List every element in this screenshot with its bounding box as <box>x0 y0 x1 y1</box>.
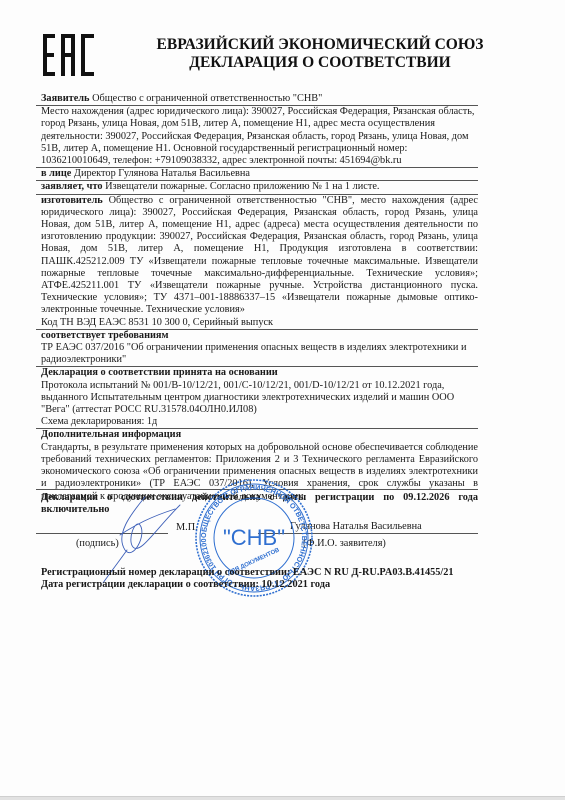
basis-value: Протокола испытаний № 001/В-10/12/21, 00… <box>41 380 478 417</box>
scheme-section: Схема декларирования: 1д <box>36 416 478 429</box>
applicant-details-section: Место нахождения (адрес юридического лиц… <box>36 106 478 168</box>
additional-info-label: Дополнительная информация <box>41 429 478 441</box>
basis-label: Декларация о соответствии принята на осн… <box>41 367 478 379</box>
manufacturer-value: Общество с ограниченной ответственностью… <box>41 195 478 316</box>
registration-number-label: Регистрационный номер декларации о соотв… <box>41 567 290 578</box>
declaration-title: ДЕКЛАРАЦИЯ О СООТВЕТСТВИИ <box>130 54 510 72</box>
product-code: Код ТН ВЭД ЕАЭС 8531 10 300 0, Серийный … <box>41 317 478 329</box>
manufacturer-section: изготовитель Общество с ограниченной отв… <box>36 195 478 317</box>
product-code-section: Код ТН ВЭД ЕАЭС 8531 10 300 0, Серийный … <box>36 317 478 330</box>
applicant-value: Общество с ограниченной ответственностью… <box>90 93 323 104</box>
requirements-value-section: ТР ЕАЭС 037/2016 "Об ограничении примене… <box>36 342 478 367</box>
page-bottom-edge <box>0 796 565 800</box>
represented-by-section: в лице Директор Гулянова Наталья Василье… <box>36 168 478 181</box>
registration-date: 10.12.2021 года <box>259 579 330 590</box>
applicant-label: Заявитель <box>41 93 90 104</box>
manufacturer-label: изготовитель <box>41 195 103 206</box>
basis-section: Декларация о соответствии принята на осн… <box>36 367 478 416</box>
represented-by-value: Директор Гулянова Наталья Васильевна <box>71 168 250 179</box>
applicant-details: Место нахождения (адрес юридического лиц… <box>41 106 478 167</box>
declares-section: заявляет, что Извещатели пожарные. Согла… <box>36 181 478 194</box>
represented-by-label: в лице <box>41 168 71 179</box>
requirements-label: соответствует требованиям <box>41 330 478 342</box>
requirements-section: соответствует требованиям <box>36 330 478 342</box>
declaration-body: Заявитель Общество с ограниченной ответс… <box>36 93 478 503</box>
validity-word: по <box>383 492 394 504</box>
document-header: ЕВРАЗИЙСКИЙ ЭКОНОМИЧЕСКИЙ СОЮЗ ДЕКЛАРАЦИ… <box>130 36 510 72</box>
seal-center-text: "СНВ" <box>223 525 285 550</box>
signatory-name-label: (Ф.И.О. заявителя) <box>303 538 386 549</box>
registration-date-label: Дата регистрации декларации о соответств… <box>41 579 259 590</box>
declaration-page: ЕВРАЗИЙСКИЙ ЭКОНОМИЧЕСКИЙ СОЮЗ ДЕКЛАРАЦИ… <box>0 0 565 796</box>
registration-number: ЕАЭС N RU Д-RU.PA03.B.41455/21 <box>290 567 453 578</box>
declares-value: Извещатели пожарные. Согласно приложению… <box>103 181 380 192</box>
validity-word: года <box>458 492 478 504</box>
declaration-scheme: Схема декларирования: 1д <box>41 416 478 428</box>
requirements-value: ТР ЕАЭС 037/2016 "Об ограничении примене… <box>41 342 478 366</box>
union-title: ЕВРАЗИЙСКИЙ ЭКОНОМИЧЕСКИЙ СОЮЗ <box>130 36 510 54</box>
validity-word: регистрации <box>315 492 374 504</box>
validity-word: 09.12.2026 <box>403 492 449 504</box>
eac-mark-icon <box>43 34 95 76</box>
applicant-section: Заявитель Общество с ограниченной ответс… <box>36 93 478 106</box>
registration-section: Регистрационный номер декларации о соотв… <box>41 567 454 591</box>
declares-label: заявляет, что <box>41 181 103 192</box>
